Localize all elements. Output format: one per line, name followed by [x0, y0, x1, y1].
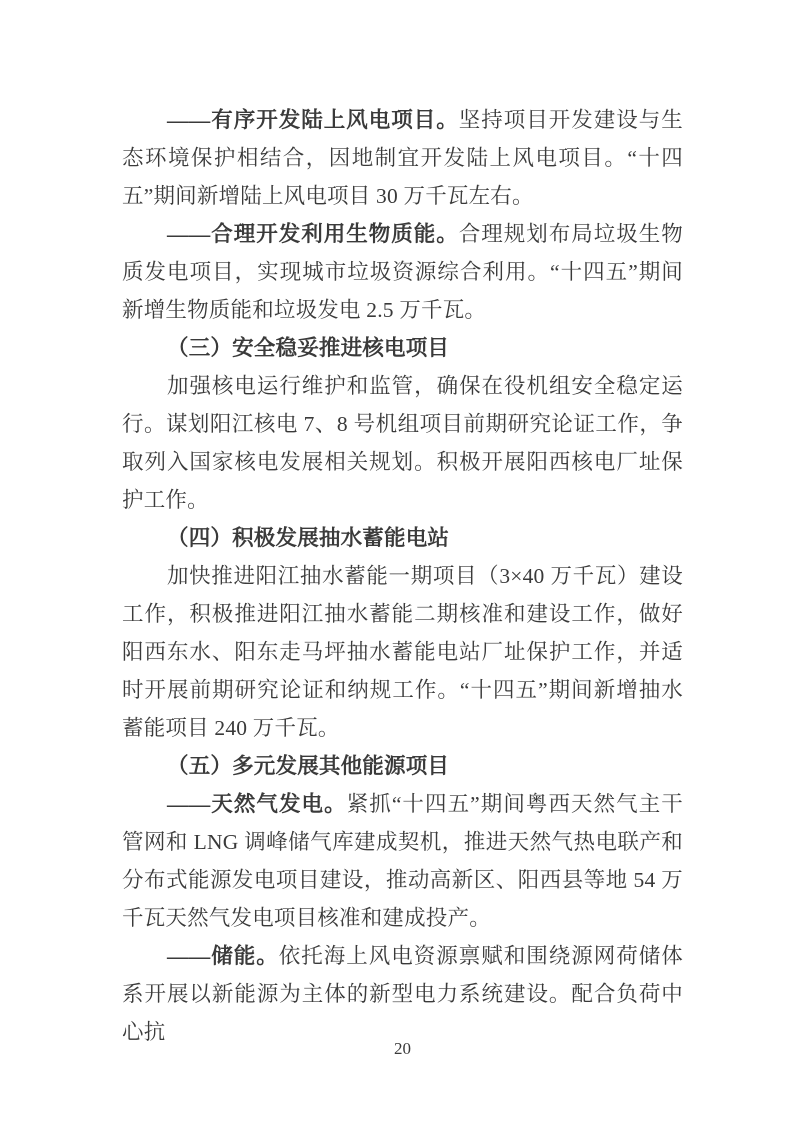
page-number: 20 — [122, 1038, 683, 1060]
document-page: ——有序开发陆上风电项目。坚持项目开发建设与生态环境保护相结合，因地制宜开发陆上… — [0, 0, 800, 1131]
paragraph: ——有序开发陆上风电项目。坚持项目开发建设与生态环境保护相结合，因地制宜开发陆上… — [122, 101, 683, 215]
paragraph-lead: ——天然气发电。 — [167, 792, 347, 816]
document-body: ——有序开发陆上风电项目。坚持项目开发建设与生态环境保护相结合，因地制宜开发陆上… — [122, 101, 683, 1051]
paragraph: （三）安全稳妥推进核电项目 — [122, 329, 683, 367]
paragraph: ——天然气发电。紧抓“十四五”期间粤西天然气主干管网和 LNG 调峰储气库建成契… — [122, 785, 683, 937]
paragraph-lead: ——储能。 — [167, 944, 279, 968]
paragraph: （四）积极发展抽水蓄能电站 — [122, 519, 683, 557]
paragraph-lead: （五）多元发展其他能源项目 — [167, 754, 449, 778]
paragraph: 加强核电运行维护和监管，确保在役机组安全稳定运行。谋划阳江核电 7、8 号机组项… — [122, 367, 683, 519]
paragraph: ——储能。依托海上风电资源禀赋和围绕源网荷储体系开展以新能源为主体的新型电力系统… — [122, 937, 683, 1051]
paragraph-lead: ——有序开发陆上风电项目。 — [167, 108, 459, 132]
paragraph: 加快推进阳江抽水蓄能一期项目（3×40 万千瓦）建设工作，积极推进阳江抽水蓄能二… — [122, 557, 683, 747]
paragraph-text: 加快推进阳江抽水蓄能一期项目（3×40 万千瓦）建设工作，积极推进阳江抽水蓄能二… — [122, 564, 683, 740]
paragraph-lead: （三）安全稳妥推进核电项目 — [167, 336, 449, 360]
paragraph: （五）多元发展其他能源项目 — [122, 747, 683, 785]
paragraph-text: 加强核电运行维护和监管，确保在役机组安全稳定运行。谋划阳江核电 7、8 号机组项… — [122, 374, 683, 512]
paragraph-lead: （四）积极发展抽水蓄能电站 — [167, 526, 449, 550]
paragraph-lead: ——合理开发利用生物质能。 — [167, 222, 459, 246]
paragraph: ——合理开发利用生物质能。合理规划布局垃圾生物质发电项目，实现城市垃圾资源综合利… — [122, 215, 683, 329]
